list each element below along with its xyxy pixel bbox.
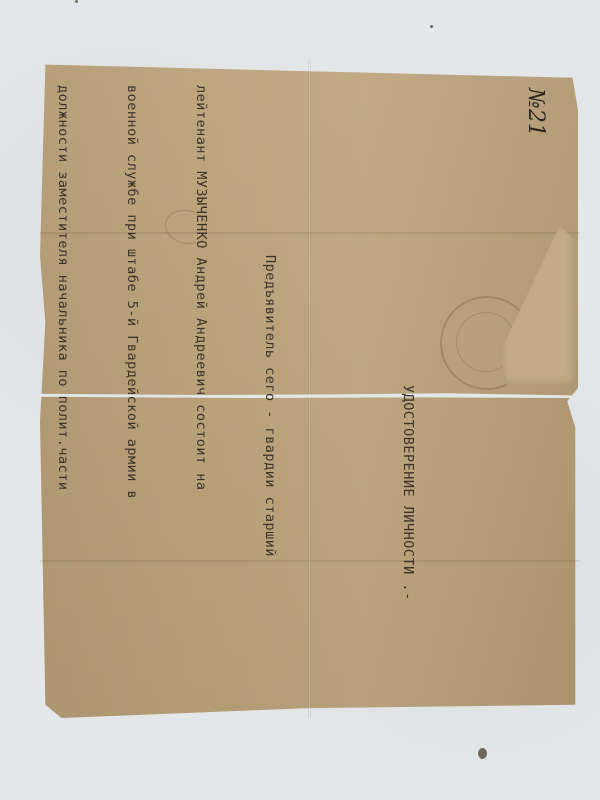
document-title: УДОСТОВЕРЕНИЕ ЛИЧНОСТИ .- bbox=[396, 85, 419, 601]
body-line: должности заместителя начальника по поли… bbox=[51, 85, 74, 601]
body-line: лейтенант МУЗЫЧЕНКО Андрей Андреевич сос… bbox=[189, 85, 212, 601]
wall-speck bbox=[75, 0, 78, 3]
document-text: УДОСТОВЕРЕНИЕ ЛИЧНОСТИ .- Предъявитель с… bbox=[0, 85, 465, 601]
body-line: Предъявитель сего - гвардии старший bbox=[258, 85, 281, 601]
wall-speck bbox=[430, 25, 433, 28]
wall-speck bbox=[478, 748, 487, 759]
body-line: Пересыльного Пункта. bbox=[0, 85, 5, 601]
body-line: военной службе при штабе 5-й Гвардейской… bbox=[120, 85, 143, 601]
document-number: №21 bbox=[523, 88, 548, 137]
